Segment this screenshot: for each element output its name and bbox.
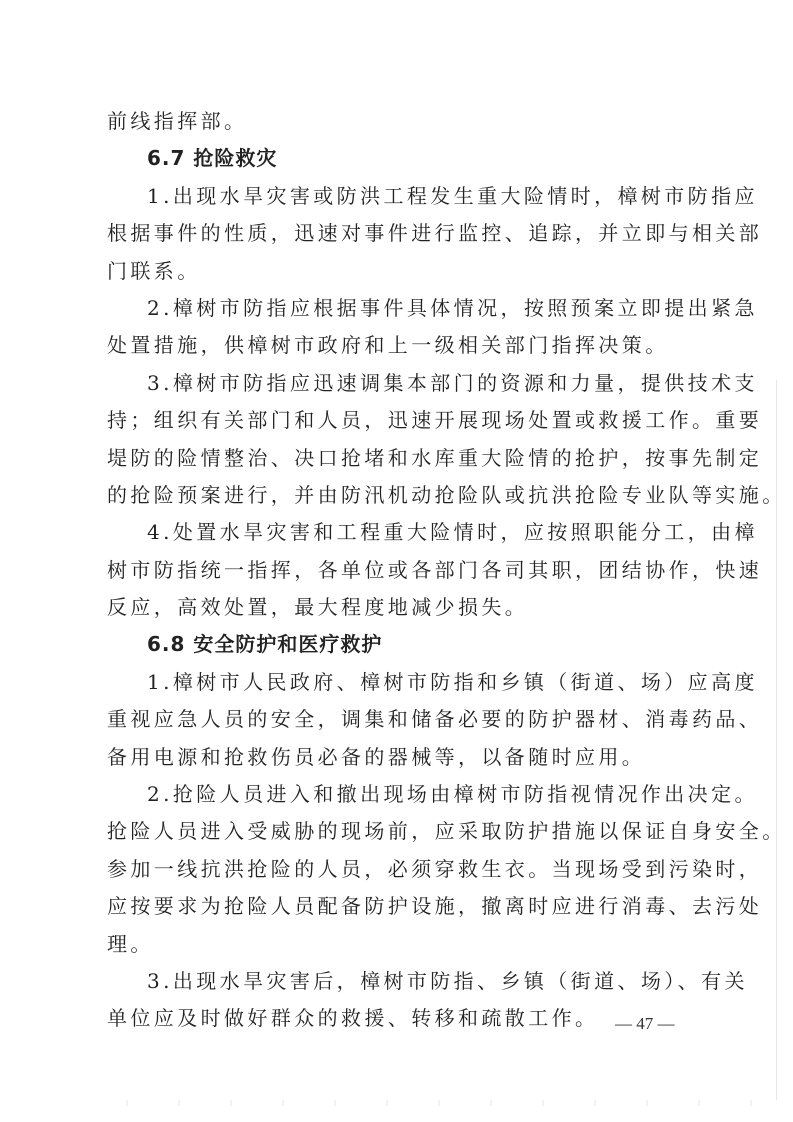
paragraph-line: 前线指挥部。 bbox=[107, 103, 677, 140]
paragraph-line: 单位应及时做好群众的救援、转移和疏散工作。 bbox=[107, 1000, 677, 1037]
paragraph-line: 处置措施，供樟树市政府和上一级相关部门指挥决策。 bbox=[107, 327, 677, 364]
paragraph-line: 2.樟树市防指应根据事件具体情况，按照预案立即提出紧急 bbox=[107, 290, 677, 327]
paragraph-line: 重视应急人员的安全，调集和储备必要的防护器材、消毒药品、 bbox=[107, 701, 677, 738]
paragraph-line: 抢险人员进入受威胁的现场前，应采取防护措施以保证自身安全。 bbox=[107, 813, 677, 850]
paragraph-line: 树市防指统一指挥，各单位或各部门各司其职，团结协作，快速 bbox=[107, 552, 677, 589]
paragraph-line: 反应，高效处置，最大程度地减少损失。 bbox=[107, 589, 677, 626]
paragraph-line: 堤防的险情整治、决口抢堵和水库重大险情的抢护，按事先制定 bbox=[107, 440, 677, 477]
page-number: — 47 — bbox=[615, 1014, 675, 1034]
paragraph-line: 3.出现水旱灾害后，樟树市防指、乡镇（街道、场）、有关 bbox=[107, 963, 677, 1000]
paragraph-line: 的抢险预案进行，并由防汛机动抢险队或抗洪抢险专业队等实施。 bbox=[107, 477, 677, 514]
paragraph-line: 应按要求为抢险人员配备防护设施，撤离时应进行消毒、去污处 bbox=[107, 888, 677, 925]
paragraph-line: 2.抢险人员进入和撤出现场由樟树市防指视情况作出决定。 bbox=[107, 776, 677, 813]
paragraph-line: 门联系。 bbox=[107, 253, 677, 290]
scan-edge-divider bbox=[776, 380, 777, 1100]
paragraph-line: 3.樟树市防指应迅速调集本部门的资源和力量，提供技术支 bbox=[107, 365, 677, 402]
paragraph-line: 根据事件的性质，迅速对事件进行监控、追踪，并立即与相关部 bbox=[107, 215, 677, 252]
paragraph-line: 4.处置水旱灾害和工程重大险情时，应按照职能分工，由樟 bbox=[107, 514, 677, 551]
paragraph-line: 理。 bbox=[107, 926, 677, 963]
section-heading-6-7: 6.7 抢险救灾 bbox=[107, 140, 677, 177]
paragraph-line: 1.樟树市人民政府、樟树市防指和乡镇（街道、场）应高度 bbox=[107, 664, 677, 701]
paragraph-line: 1.出现水旱灾害或防洪工程发生重大险情时，樟树市防指应 bbox=[107, 178, 677, 215]
scan-artifact bbox=[100, 1100, 780, 1106]
paragraph-line: 持；组织有关部门和人员，迅速开展现场处置或救援工作。重要 bbox=[107, 402, 677, 439]
paragraph-line: 参加一线抗洪抢险的人员，必须穿救生衣。当现场受到污染时， bbox=[107, 851, 677, 888]
document-page: 前线指挥部。 6.7 抢险救灾 1.出现水旱灾害或防洪工程发生重大险情时，樟树市… bbox=[107, 103, 677, 1038]
section-heading-6-8: 6.8 安全防护和医疗救护 bbox=[107, 626, 677, 663]
paragraph-line: 备用电源和抢救伤员必备的器械等，以备随时应用。 bbox=[107, 739, 677, 776]
